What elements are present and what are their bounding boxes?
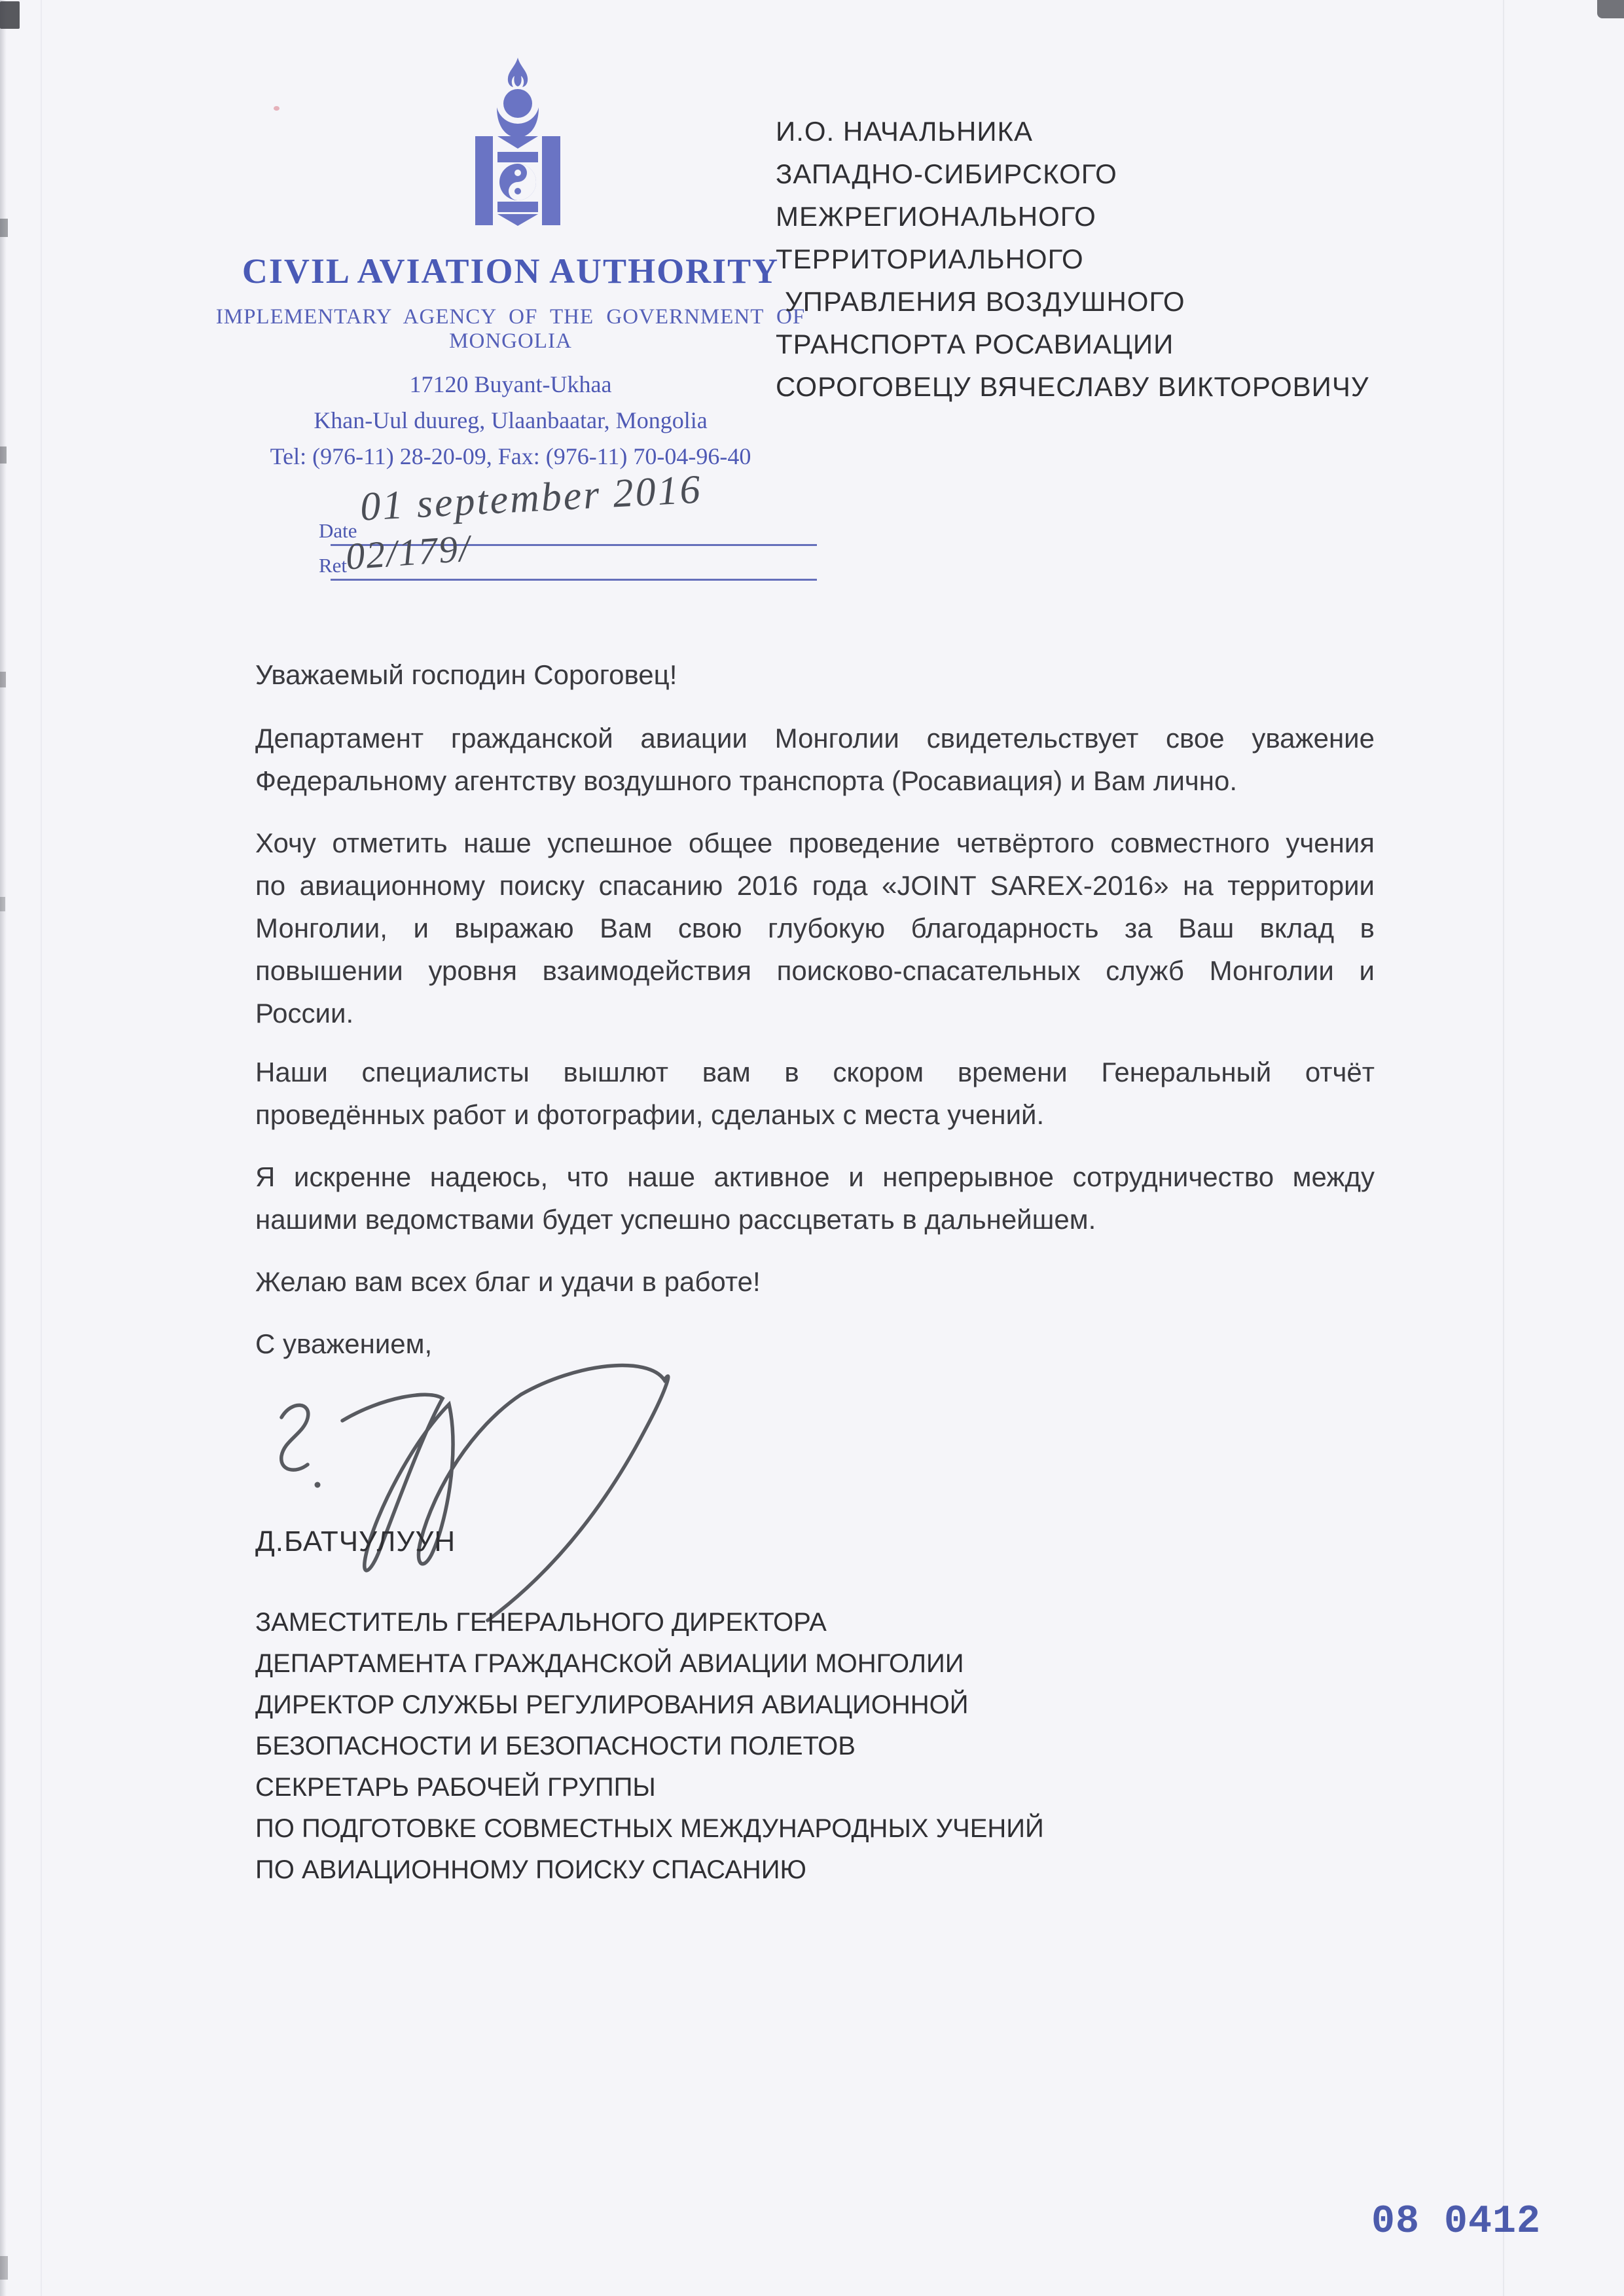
recipient-line: И.О. НАЧАЛЬНИКА xyxy=(776,110,1417,153)
scan-artifact xyxy=(1597,0,1624,18)
signature xyxy=(254,1347,686,1629)
recipient-block: И.О. НАЧАЛЬНИКА ЗАПАДНО-СИБИРСКОГО МЕЖРЕ… xyxy=(776,110,1417,408)
salutation: Уважаемый господин Сороговец! xyxy=(255,653,1375,696)
signer-title-line: БЕЗОПАСНОСТИ И БЕЗОПАСНОСТИ ПОЛЕТОВ xyxy=(255,1726,1401,1767)
body-line: Я искренне надеюсь, что наше активное и … xyxy=(255,1156,1375,1198)
scan-artifact xyxy=(0,897,5,911)
body-paragraph: Хочу отметить наше успешное общее провед… xyxy=(255,822,1375,1034)
recipient-line: УПРАВЛЕНИЯ ВОЗДУШНОГО xyxy=(776,280,1417,323)
page-number-stamp: 08 0412 xyxy=(1371,2200,1541,2244)
body-line: нашими ведомствами будет успешно рассцве… xyxy=(255,1198,1375,1241)
ref-label: Ret xyxy=(319,554,347,577)
body-paragraph: Департамент гражданской авиации Монголии… xyxy=(255,717,1375,802)
body-line: по авиационному поиску спасанию 2016 год… xyxy=(255,864,1375,907)
org-address: 17120 Buyant-Ukhaa Khan-Uul duureg, Ulaa… xyxy=(183,367,838,475)
body-line: проведённых работ и фотографии, сделаных… xyxy=(255,1093,1375,1136)
body-paragraph: Я искренне надеюсь, что наше активное и … xyxy=(255,1156,1375,1241)
body-line: повышении уровня взаимодействия поисково… xyxy=(255,949,1375,992)
scan-artifact xyxy=(0,2256,8,2280)
signer-title-line: ДЕПАРТАМЕНТА ГРАЖДАНСКОЙ АВИАЦИИ МОНГОЛИ… xyxy=(255,1643,1401,1685)
scan-edge-shadow xyxy=(0,0,7,2296)
recipient-line: МЕЖРЕГИОНАЛЬНОГО xyxy=(776,195,1417,238)
recipient-line: ТЕРРИТОРИАЛЬНОГО xyxy=(776,238,1417,280)
ref-rule xyxy=(331,579,817,581)
signer-title-line: ЗАМЕСТИТЕЛЬ ГЕНЕРАЛЬНОГО ДИРЕКТОРА xyxy=(255,1602,1401,1643)
signer-title-line: СЕКРЕТАРЬ РАБОЧЕЙ ГРУППЫ xyxy=(255,1767,1401,1808)
scan-artifact xyxy=(0,219,8,237)
org-address-line: 17120 Buyant-Ukhaa xyxy=(183,367,838,403)
signer-title-line: ПО ПОДГОТОВКЕ СОВМЕСТНЫХ МЕЖДУНАРОДНЫХ У… xyxy=(255,1808,1401,1850)
scan-artifact xyxy=(0,672,6,687)
body-line: Хочу отметить наше успешное общее провед… xyxy=(255,822,1375,864)
signer-name: Д.БАТЧУЛУУН xyxy=(255,1525,456,1558)
body-line: Федеральному агентству воздушного трансп… xyxy=(255,759,1375,802)
signer-title-line: ДИРЕКТОР СЛУЖБЫ РЕГУЛИРОВАНИЯ АВИАЦИОННО… xyxy=(255,1685,1401,1726)
scan-streak-line xyxy=(1503,0,1504,2296)
handwritten-ref-number: 02/179/ xyxy=(344,526,472,578)
scan-speck xyxy=(274,106,280,111)
recipient-line: ТРАНСПОРТА РОСАВИАЦИИ xyxy=(776,323,1417,365)
scanned-letter-page: CIVIL AVIATION AUTHORITY IMPLEMENTARY AG… xyxy=(0,0,1624,2296)
body-line: Наши специалисты вышлют вам в скором вре… xyxy=(255,1051,1375,1093)
org-subtitle: IMPLEMENTARY AGENCY OF THE GOVERNMENT OF… xyxy=(151,305,871,354)
signer-title-block: ЗАМЕСТИТЕЛЬ ГЕНЕРАЛЬНОГО ДИРЕКТОРА ДЕПАР… xyxy=(255,1602,1401,1891)
soyombo-emblem-icon xyxy=(473,56,563,228)
recipient-line: СОРОГОВЕЦУ ВЯЧЕСЛАВУ ВИКТОРОВИЧУ xyxy=(776,365,1417,408)
org-name: CIVIL AVIATION AUTHORITY xyxy=(183,251,838,291)
recipient-line: ЗАПАДНО-СИБИРСКОГО xyxy=(776,153,1417,195)
scan-streak-line xyxy=(41,0,42,2296)
body-line: Монголии, и выражаю Вам свою глубокую бл… xyxy=(255,907,1375,949)
body-line: Департамент гражданской авиации Монголии… xyxy=(255,717,1375,759)
handwritten-date: 01 september 2016 xyxy=(359,466,704,530)
body-line: России. xyxy=(255,992,1375,1034)
body-paragraph: Наши специалисты вышлют вам в скором вре… xyxy=(255,1051,1375,1136)
scan-artifact xyxy=(0,1,20,29)
org-address-line: Khan-Uul duureg, Ulaanbaatar, Mongolia xyxy=(183,403,838,439)
signer-title-line: ПО АВИАЦИОННОМУ ПОИСКУ СПАСАНИЮ xyxy=(255,1850,1401,1891)
closing-wish: Желаю вам всех благ и удачи в работе! xyxy=(255,1260,1375,1303)
org-address-line: Tel: (976-11) 28-20-09, Fax: (976-11) 70… xyxy=(183,439,838,475)
scan-artifact xyxy=(0,446,7,464)
